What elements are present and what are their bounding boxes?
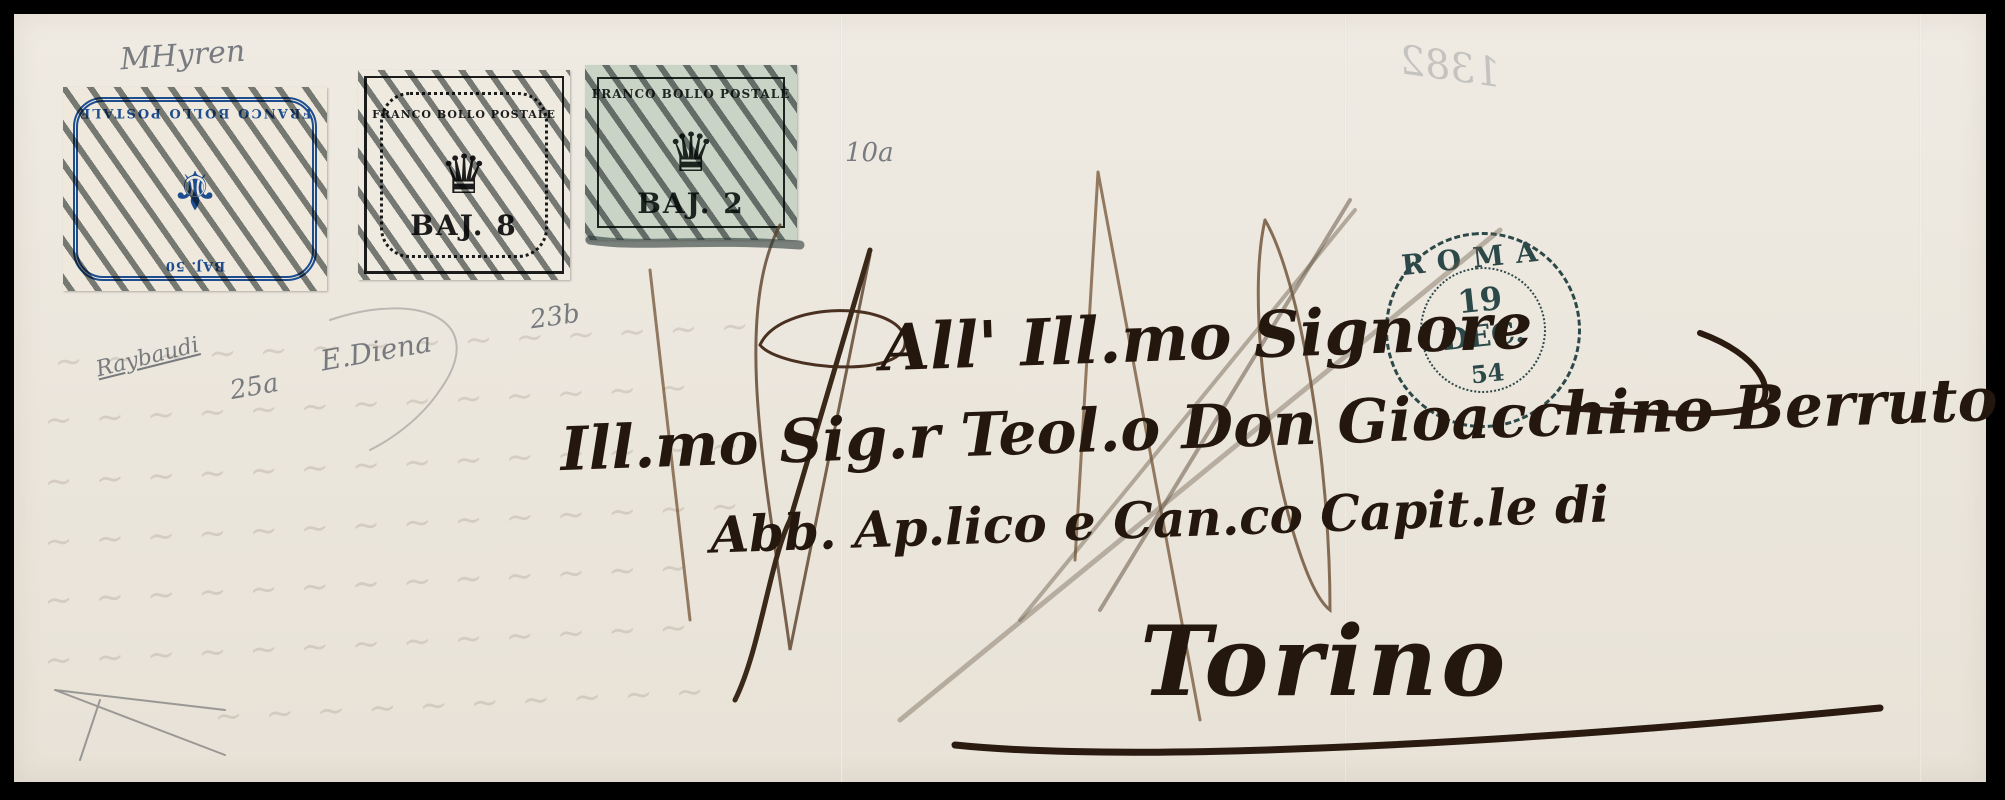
stamp-8-baj: FRANCO BOLLO POSTALE ♛ BAJ. 8 (358, 70, 570, 280)
show-through-number: 1382 (1396, 37, 1503, 97)
stamp-inscription: FRANCO BOLLO POSTALE (585, 87, 797, 101)
show-through-text: ~ ~ ~ ~ ~ ~ ~ ~ ~ ~ (213, 671, 711, 737)
pencil-note-10a: 10a (845, 138, 894, 168)
stamp-inscription: FRANCO BOLLO POSTALE (358, 108, 570, 121)
stamp-value-label: BAJ. 2 (585, 187, 797, 220)
tiara-keys-icon: ♛ (667, 126, 715, 180)
stamp-value-label: BAJ. 8 (358, 209, 570, 242)
show-through-text: ~ ~ ~ ~ ~ ~ ~ ~ ~ ~ ~ ~ ~ (43, 547, 694, 621)
show-through-text: ~ ~ ~ ~ ~ ~ ~ ~ ~ ~ ~ ~ ~ (43, 607, 694, 681)
address-city: Torino (1140, 605, 1509, 718)
stamp-value-label: BAJ. 50 (63, 258, 327, 273)
tiara-keys-icon: ♛ (440, 148, 488, 202)
stamp-inscription: FRANCO BOLLO POSTALE (63, 105, 327, 120)
papal-keys-icon: ⚜ (171, 162, 219, 216)
stamp-2-baj: FRANCO BOLLO POSTALE ♛ BAJ. 2 (585, 65, 797, 240)
stamp-50-baj: BAJ. 50 ⚜ FRANCO BOLLO POSTALE (63, 87, 327, 291)
fold-line (840, 14, 843, 782)
